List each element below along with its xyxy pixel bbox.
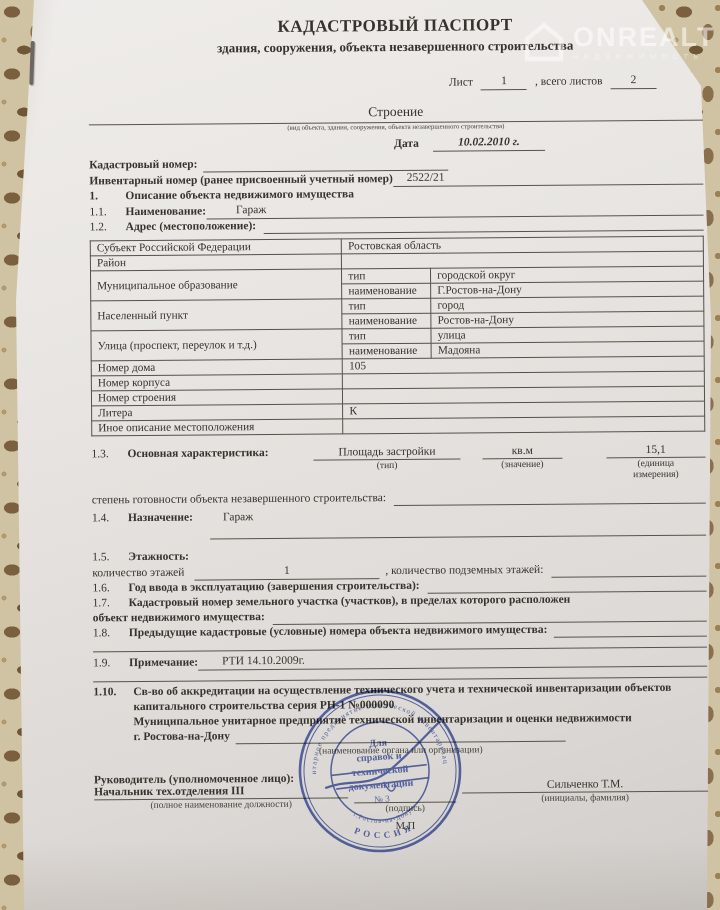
date-row: Дата 10.02.2010 г. — [89, 134, 703, 155]
date-label: Дата — [394, 137, 419, 152]
characteristic-value-caption: (значение) — [483, 460, 563, 472]
section-1-num: 1. — [89, 189, 125, 204]
sheet-label: Лист — [449, 75, 473, 90]
characteristic-value: кв.м — [482, 445, 562, 460]
sheet-number: 1 — [481, 74, 527, 90]
characteristic-unit-value: 15,1 — [606, 444, 705, 459]
cadastral-number-label: Кадастровый номер: — [89, 158, 197, 174]
round-stamp: унитарное предприятие технической инвент… — [289, 680, 470, 861]
characteristic-unit-caption: (единица измерения) — [619, 459, 693, 482]
section-1-4-num: 1.4. — [92, 511, 128, 526]
municipal-type-label-cell: тип — [342, 268, 431, 284]
document-title: КАДАСТРОВЫЙ ПАСПОРТ — [88, 14, 702, 39]
readiness-row: степень готовности объекта незавершенног… — [92, 489, 706, 509]
purpose-label: Назначение: — [128, 511, 193, 527]
other-location-value-cell — [343, 416, 705, 434]
section-1-9-num: 1.9. — [93, 656, 129, 671]
section-1-8-num: 1.8. — [93, 626, 129, 641]
other-location-label-cell: Иное описание местоположения — [92, 419, 343, 436]
municipal-name-label-cell: наименование — [342, 283, 431, 299]
street-name-label-cell: наименование — [342, 343, 431, 359]
address-blank — [264, 216, 704, 234]
floors-heading: Этажность: — [128, 550, 189, 565]
municipal-label-cell: Муниципальное образование — [90, 269, 342, 301]
total-sheets-label: , всего листов — [535, 74, 603, 90]
settlement-label-cell: Населенный пункт — [91, 299, 343, 331]
section-1-3-row: 1.3. Основная характеристика: Площадь за… — [91, 444, 705, 486]
purpose-continuation-line — [210, 522, 706, 540]
section-1-5-num: 1.5. — [92, 550, 128, 565]
svg-text:г.Ростов-на-Дону: г.Ростов-на-Дону — [352, 807, 415, 827]
floors-count-label: количество этажей — [92, 566, 184, 582]
characteristic-type-value: Площадь застройки — [313, 445, 460, 460]
signer-name: Сильченко Т.М. — [462, 778, 708, 794]
readiness-label: степень готовности объекта незавершенног… — [92, 491, 386, 508]
stamp-number: № 3 — [374, 793, 390, 804]
note-label: Примечание: — [129, 656, 198, 672]
stamp-center-line2: справок и — [356, 750, 402, 764]
section-1-10-num: 1.10. — [93, 685, 133, 700]
settlement-name-label-cell: наименование — [342, 313, 431, 329]
land-parcel-label-line2: объект недвижимого имущества: — [93, 610, 265, 626]
underground-floors-blank — [551, 562, 706, 578]
inventory-number-value: 2522/21 — [393, 169, 704, 187]
readiness-blank — [394, 489, 706, 506]
street-label-cell: Улица (проспект, переулок и т.д.) — [91, 329, 343, 361]
commissioning-year-blank — [428, 577, 707, 594]
stamp-city-text: г.Ростов-на-Дону — [352, 807, 415, 827]
document-subtitle: здания, сооружения, объекта незавершенно… — [88, 37, 702, 58]
accreditation-city: г. Ростова-на-Дону — [134, 729, 230, 745]
stamp-center-line1: Для — [369, 737, 388, 749]
characteristic-type-caption: (тип) — [313, 460, 460, 472]
street-type-label-cell: тип — [342, 328, 431, 344]
section-1-7-num: 1.7. — [93, 596, 129, 611]
total-sheets-number: 2 — [610, 73, 656, 89]
sheet-counter: Лист 1 , всего листов 2 — [88, 73, 702, 94]
name-label: Наименование: — [125, 204, 206, 220]
section-1-1-num: 1.1. — [89, 205, 125, 220]
date-value: 10.02.2010 г. — [433, 135, 545, 152]
section-1-2-num: 1.2. — [90, 220, 126, 235]
previous-numbers-blank — [553, 622, 707, 638]
section-1-6-num: 1.6. — [92, 581, 128, 596]
underground-floors-label: , количество подземных этажей: — [385, 563, 543, 579]
address-label: Адрес (местоположение): — [126, 219, 257, 235]
purpose-value: Гараж — [193, 510, 253, 525]
signer-name-caption: (инициалы, фамилия) — [462, 793, 708, 805]
address-table: Субъект Российской Федерации Ростовская … — [90, 236, 706, 437]
section-1-3-num: 1.3. — [91, 448, 127, 460]
main-characteristic-label: Основная характеристика: — [127, 447, 268, 460]
floors-count-value: 1 — [194, 563, 379, 580]
settlement-type-label-cell: тип — [342, 298, 431, 314]
